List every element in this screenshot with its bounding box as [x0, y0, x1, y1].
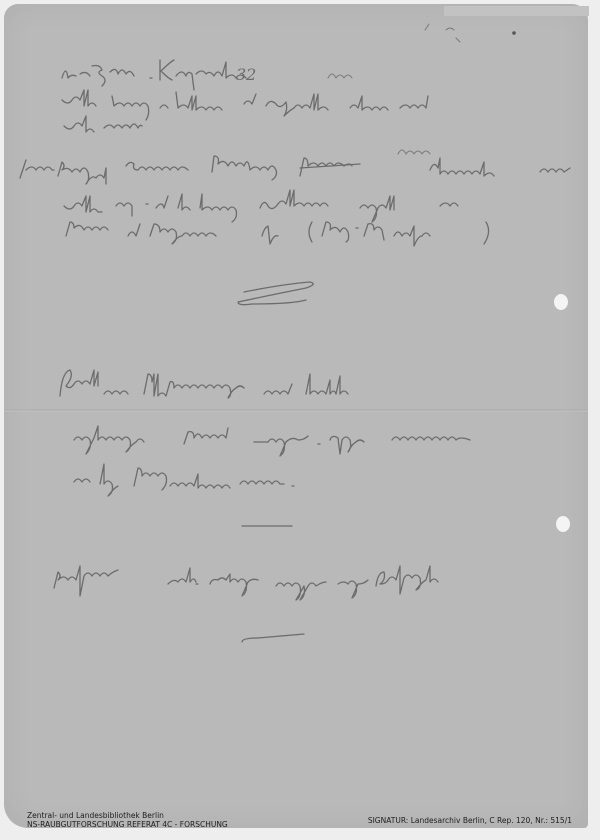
handwritten-line-2: [62, 90, 428, 120]
handwriting-layer: 32: [0, 0, 600, 840]
stray-marks: [425, 24, 460, 42]
interlinear-insertion-2: [398, 150, 430, 154]
footer-archive-signature: SIGNATUR: Landesarchiv Berlin, C Rep. 12…: [368, 816, 572, 825]
handwritten-line-5: [64, 190, 458, 222]
ink-dot: [512, 31, 516, 35]
footer-institution: Zentral- und Landesbibliothek Berlin: [27, 811, 228, 820]
footer-library-credit: Zentral- und Landesbibliothek Berlin NS-…: [27, 811, 228, 829]
separator-dash-2: [242, 634, 304, 642]
handwritten-number: 32: [236, 65, 256, 84]
handwritten-line-1: [62, 60, 246, 90]
handwritten-line-9: [74, 464, 294, 496]
handwritten-line-8: [74, 426, 470, 456]
footer-department: NS-RAUBGUTFORSCHUNG REFERAT 4C - FORSCHU…: [27, 820, 228, 829]
handwritten-line-7: [60, 370, 348, 398]
handwritten-line-10: [54, 566, 438, 600]
handwritten-line-6: [66, 222, 489, 246]
interlinear-insertion-1: [328, 74, 352, 78]
handwritten-line-4: [20, 150, 570, 184]
separator-z-scribble: [238, 282, 313, 305]
handwritten-line-3: [64, 116, 142, 132]
